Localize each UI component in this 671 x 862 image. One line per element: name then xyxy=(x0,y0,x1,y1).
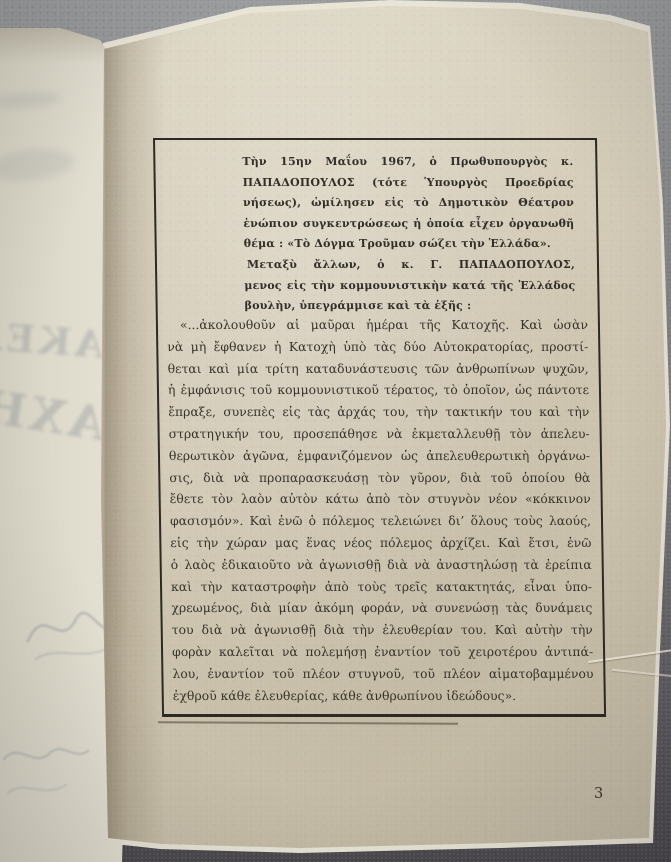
bleedthrough-title-text: ΑΚΕΛ xyxy=(0,313,105,366)
quote-line: στρατηγικήν του, προσεπάθησε νὰ ἐκμεταλλ… xyxy=(168,423,589,445)
quote-line: «...ἀκολουθοῦν αἱ μαῦραι ἡμέραι τῆς Κατο… xyxy=(167,314,588,336)
quote-line: ἔθετε τὸν λαὸν αὐτὸν κάτω ἀπὸ τὸν στυγνὸ… xyxy=(170,488,591,510)
quote-line: χρεωμένος, διὰ μίαν ἀκόμη φοράν, νὰ συνε… xyxy=(171,597,592,619)
quote-frame: Τὴν 15ην Μαΐου 1967, ὁ Πρωθυπουργὸς κ. Γ… xyxy=(153,138,606,717)
quote-line: λου, ἐναντίον τοῦ πλέον στυγνοῦ, τοῦ πλέ… xyxy=(172,663,593,685)
intro-line: ἐνώπιον συγκεντρώσεως ἡ ὁποία εἶχεν ὀργα… xyxy=(243,214,574,235)
quote-line: φορὰν καλεῖται νὰ πολεμήσῃ ἐναντίον τοῦ … xyxy=(172,641,593,663)
quote-line: φασισμόν». Καὶ ἐνῶ ὁ πόλεμος τελειώνει δ… xyxy=(170,510,591,532)
book-photo: ΑΚΕΛ ΜΑΧΗ Τὴν 15ην Μαΐου 1967, ὁ Πρωθυπο… xyxy=(0,0,671,862)
bleedthrough-smudge xyxy=(0,146,75,185)
intro-line: θέμα : «Τὸ Δόγμα Τροῦμαν σώζει τὴν Ἑλλάδ… xyxy=(244,234,575,255)
quote-line: νὰ μὴ ἔφθανεν ἡ Κατοχὴ ὑπὸ τὰς δύο Αὐτοκ… xyxy=(167,336,588,358)
quote-line: θεται καὶ μία τρίτη καταδυνάστευσις τῶν … xyxy=(167,358,588,380)
intro-line: ΠΑΠΑΔΟΠΟΥΛΟΣ (τότε Ὑπουργὸς Προεδρίας Κυ… xyxy=(243,173,574,194)
quote-line: ἔπραξε, συνεπὲς εἰς τὰς ἀρχάς του, τὴν τ… xyxy=(168,401,589,423)
page-number: 3 xyxy=(594,786,603,802)
quote-line: ἐχθροῦ κάθε ἐλευθερίας, κάθε ἀνθρωπίνου … xyxy=(173,685,594,707)
intro-paragraph: Τὴν 15ην Μαΐου 1967, ὁ Πρωθυπουργὸς κ. Γ… xyxy=(242,152,576,317)
quote-line: καὶ τὴν καταστροφὴν ἀπὸ τοὺς τρεῖς κατακ… xyxy=(171,576,592,598)
intro-line: μενος εἰς τὴν κομμουνιστικὴν κατά τῆς Ἑλ… xyxy=(244,276,575,297)
quote-line: σις, διὰ νὰ προπαρασκευάσῃ τὸν γῦρον, δι… xyxy=(169,467,590,489)
quote-line: εἰς τὴν χώραν μας ἕνας νέος πόλεμος ἀρχί… xyxy=(170,532,591,554)
quote-line: του διὰ νὰ ἀγωνισθῇ διὰ τὴν ἐλευθερίαν τ… xyxy=(172,619,593,641)
bleedthrough-smudge xyxy=(0,90,62,111)
quote-paragraph: «...ἀκολουθοῦν αἱ μαῦραι ἡμέραι τῆς Κατο… xyxy=(167,314,594,706)
quote-line: ἡ ἐμφάνισις τοῦ κομμουνιστικοῦ τέρατος, … xyxy=(168,379,589,401)
intro-line: Τὴν 15ην Μαΐου 1967, ὁ Πρωθυπουργὸς κ. Γ… xyxy=(242,152,573,173)
quote-line: ὁ λαὸς ἐδικαιοῦτο νὰ ἀγωνισθῇ διὰ νὰ ἀνα… xyxy=(171,554,592,576)
intro-line: νήσεως), ὡμίλησεν εἰς τὸ Δημοτικὸν Θέατρ… xyxy=(243,193,574,214)
handwriting-smudge xyxy=(0,735,95,820)
quote-line: θερωτικὸν ἀγῶνα, ἐμφανιζόμενον ὡς ἀπελευ… xyxy=(169,445,590,467)
intro-line: Μεταξὺ ἄλλων, ὁ κ. Γ. ΠΑΠΑΔΟΠΟΥΛΟΣ, ἐναφ… xyxy=(244,255,575,276)
